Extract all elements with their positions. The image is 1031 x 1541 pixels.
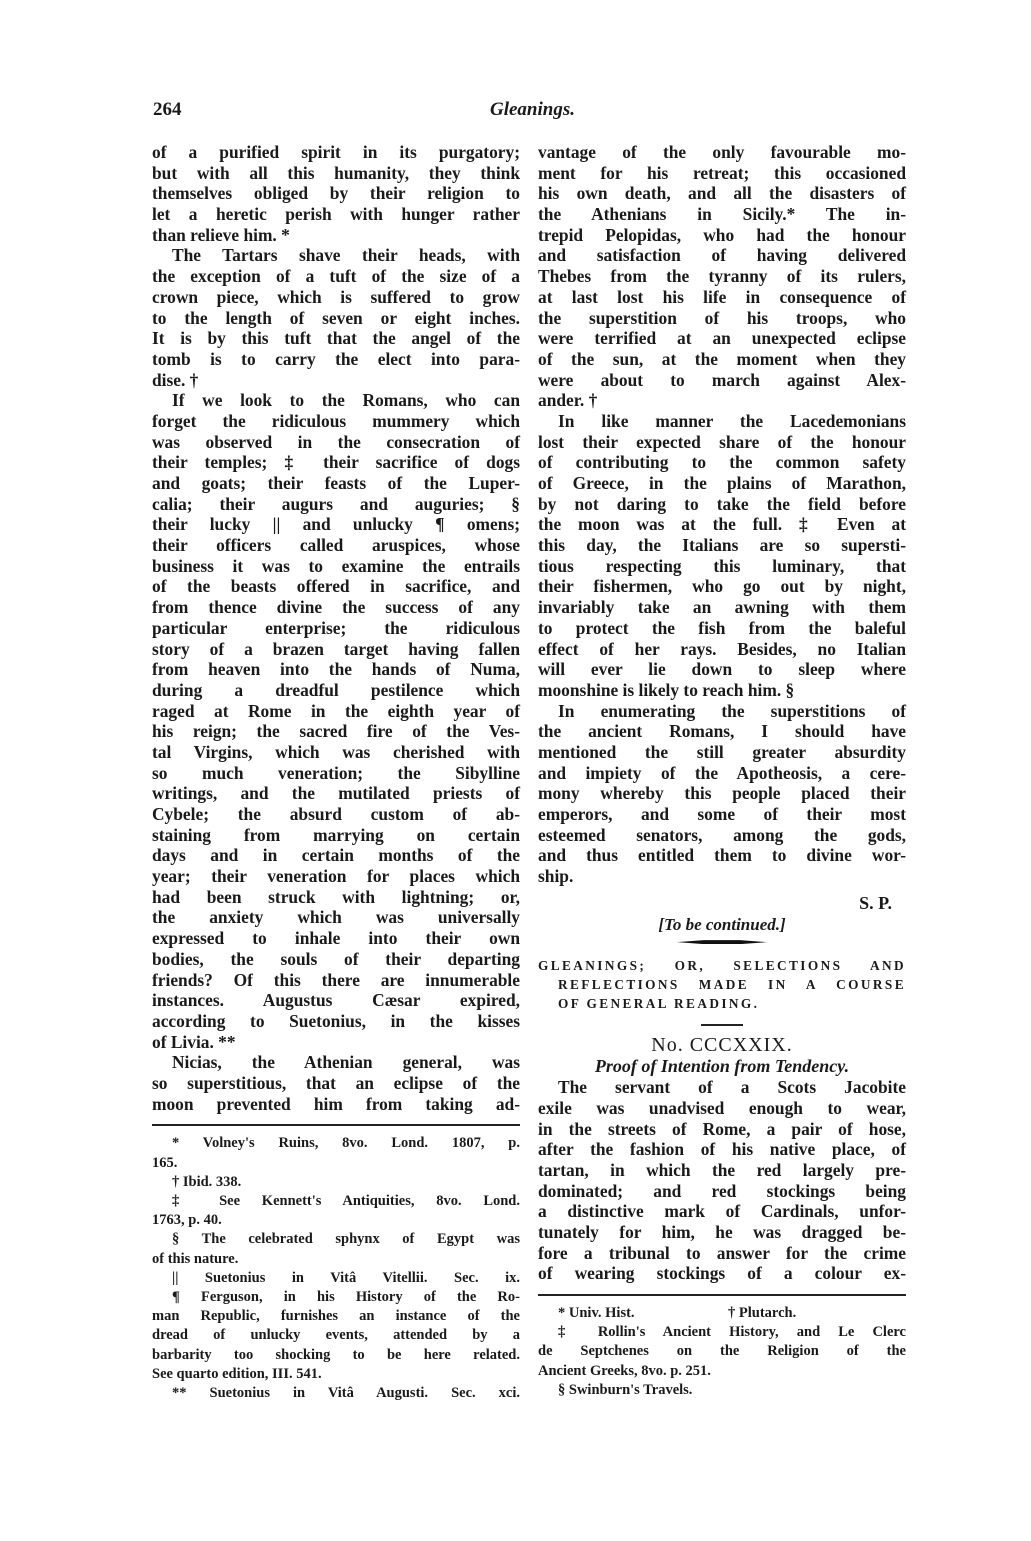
text-line: had been struck with lightning; or, (152, 887, 520, 908)
text-line: the anxiety which was universally (152, 907, 520, 928)
text-line: tomb is to carry the elect into para- (152, 349, 520, 370)
text-line: of the beasts offered in sacrifice, and (152, 576, 520, 597)
text-line: year; their veneration for places which (152, 866, 520, 887)
text-line: of wearing stockings of a colour ex- (538, 1263, 906, 1284)
footnote: 1763, p. 40. (152, 1211, 520, 1230)
text-line: and goats; their feasts of the Luper- (152, 473, 520, 494)
text-line: of Greece, in the plains of Marathon, (538, 473, 906, 494)
text-line: friends? Of this there are innumerable (152, 970, 520, 991)
text-line: story of a brazen target having fallen (152, 639, 520, 660)
footnotes-right: * Univ. Hist. † Plutarch. ‡ Rollin's Anc… (538, 1304, 906, 1400)
text-line: mentioned the still greater absurdity (538, 742, 906, 763)
text-line: and thus entitled them to divine wor- (538, 845, 906, 866)
footnotes-left: * Volney's Ruins, 8vo. Lond. 1807, p. 16… (152, 1134, 520, 1403)
footnote: man Republic, furnishes an instance of t… (152, 1307, 520, 1326)
to-be-continued: [To be continued.] (538, 915, 906, 936)
issue-number: No. CCCXXIX. (538, 1034, 906, 1056)
text-line: their lucky || and unlucky ¶ omens; (152, 514, 520, 535)
footnote: barbarity too shocking to be here relate… (152, 1346, 520, 1365)
text-line: their fishermen, who go out by night, (538, 576, 906, 597)
article-title: Proof of Intention from Tendency. (538, 1056, 906, 1077)
text-line: were terrified at an unexpected eclipse (538, 328, 906, 349)
text-line: by not daring to take the field before (538, 494, 906, 515)
footnote: § Swinburn's Travels. (538, 1381, 906, 1400)
footnote: || Suetonius in Vitâ Vitellii. Sec. ix. (152, 1269, 520, 1288)
text-line: tunately for him, he was dragged be- (538, 1222, 906, 1243)
text-line: instances. Augustus Cæsar expired, (152, 990, 520, 1011)
book-page: 264 Gleanings. of a purified spirit in i… (0, 0, 1031, 1541)
text-line: fore a tribunal to answer for the crime (538, 1243, 906, 1264)
text-line: in the streets of Rome, a pair of hose, (538, 1119, 906, 1140)
body-text: of a purified spirit in its purgatory; b… (152, 142, 520, 1114)
text-line: his own death, and all the disasters of (538, 183, 906, 204)
text-line: In like manner the Lacedemonians (538, 411, 906, 432)
body-text: vantage of the only favourable mo- ment … (538, 142, 906, 887)
text-line: If we look to the Romans, who can (152, 390, 520, 411)
text-line: the exception of a tuft of the size of a (152, 266, 520, 287)
text-line: moonshine is likely to reach him. § (538, 680, 906, 701)
heading-line: REFLECTIONS MADE IN A COURSE (538, 975, 906, 994)
text-line: of contributing to the common safety (538, 452, 906, 473)
footnote: ‡ Rollin's Ancient History, and Le Clerc (538, 1323, 906, 1342)
footnote: de Septchenes on the Religion of the (538, 1342, 906, 1361)
text-line: their officers called aruspices, whose (152, 535, 520, 556)
text-line: The servant of a Scots Jacobite (538, 1077, 906, 1098)
footnote: § The celebrated sphynx of Egypt was (152, 1230, 520, 1249)
text-line: emperors, and some of their most (538, 804, 906, 825)
text-line: the Athenians in Sicily.* The in- (538, 204, 906, 225)
text-line: Thebes from the tyranny of its rulers, (538, 266, 906, 287)
page-header: 264 Gleanings. (153, 99, 913, 129)
author-signature: S. P. (538, 893, 906, 914)
right-column: vantage of the only favourable mo- ment … (538, 142, 906, 1400)
footnote: of this nature. (152, 1250, 520, 1269)
text-line: days and in certain months of the (152, 845, 520, 866)
text-line: ship. (538, 866, 906, 887)
text-line: to protect the fish from the baleful (538, 618, 906, 639)
section-heading: GLEANINGS; OR, SELECTIONS AND REFLECTION… (538, 956, 906, 1013)
text-line: bodies, the souls of their departing (152, 949, 520, 970)
text-line: from heaven into the hands of Numa, (152, 659, 520, 680)
page-number: 264 (153, 99, 182, 121)
text-line: Cybele; the absurd custom of ab- (152, 804, 520, 825)
text-line: themselves obliged by their religion to (152, 183, 520, 204)
text-line: tal Virgins, which was cherished with (152, 742, 520, 763)
text-line: and impiety of the Apotheosis, a cere- (538, 763, 906, 784)
text-line: to the length of seven or eight inches. (152, 308, 520, 329)
text-line: ment for his retreat; this occasioned (538, 163, 906, 184)
text-line: dominated; and red stockings being (538, 1181, 906, 1202)
footnote-divider (152, 1124, 520, 1126)
footnote: dread of unlucky events, attended by a (152, 1326, 520, 1345)
footnote: † Plutarch. (728, 1304, 796, 1323)
text-line: It is by this tuft that the angel of the (152, 328, 520, 349)
text-line: lost their expected share of the honour (538, 432, 906, 453)
text-line: staining from marrying on certain (152, 825, 520, 846)
text-line: after the fashion of his native place, o… (538, 1139, 906, 1160)
text-line: so much veneration; the Sibylline (152, 763, 520, 784)
text-line: business it was to examine the entrails (152, 556, 520, 577)
text-line: was observed in the consecration of (152, 432, 520, 453)
heading-line: OF GENERAL READING. (538, 994, 906, 1013)
text-line: effect of her rays. Besides, no Italian (538, 639, 906, 660)
text-line: let a heretic perish with hunger rather (152, 204, 520, 225)
text-line: his reign; the sacred fire of the Ves- (152, 721, 520, 742)
text-line: this day, the Italians are so supersti- (538, 535, 906, 556)
footnote: ** Suetonius in Vitâ Augusti. Sec. xci. (152, 1384, 520, 1403)
text-line: calia; their augurs and auguries; § (152, 494, 520, 515)
text-line: crown piece, which is suffered to grow (152, 287, 520, 308)
text-line: raged at Rome in the eighth year of (152, 701, 520, 722)
text-line: Nicias, the Athenian general, was (152, 1052, 520, 1073)
text-line: during a dreadful pestilence which (152, 680, 520, 701)
text-line: the moon was at the full. ‡ Even at (538, 514, 906, 535)
text-line: of the sun, at the moment when they (538, 349, 906, 370)
text-line: their temples; ‡ their sacrifice of dogs (152, 452, 520, 473)
footnote: ¶ Ferguson, in his History of the Ro- (152, 1288, 520, 1307)
heading-line: GLEANINGS; OR, SELECTIONS AND (538, 956, 906, 975)
text-line: exile was unadvised enough to wear, (538, 1098, 906, 1119)
footnote: * Univ. Hist. (538, 1304, 728, 1323)
text-line: forget the ridiculous mummery which (152, 411, 520, 432)
footnote-row: * Univ. Hist. † Plutarch. (538, 1304, 906, 1323)
text-line: ander. † (538, 390, 906, 411)
text-line: but with all this humanity, they think (152, 163, 520, 184)
text-line: so superstitious, that an eclipse of the (152, 1073, 520, 1094)
short-divider (701, 1024, 743, 1026)
text-line: were about to march against Alex- (538, 370, 906, 391)
footnote: ‡ See Kennett's Antiquities, 8vo. Lond. (152, 1192, 520, 1211)
text-line: and satisfaction of having delivered (538, 245, 906, 266)
text-line: particular enterprise; the ridiculous (152, 618, 520, 639)
text-line: tartan, in which the red largely pre- (538, 1160, 906, 1181)
text-line: moon prevented him from taking ad- (152, 1094, 520, 1115)
text-line: vantage of the only favourable mo- (538, 142, 906, 163)
text-line: the ancient Romans, I should have (538, 721, 906, 742)
text-line: the superstition of his troops, who (538, 308, 906, 329)
text-line: The Tartars shave their heads, with (152, 245, 520, 266)
footnote: * Volney's Ruins, 8vo. Lond. 1807, p. (152, 1134, 520, 1153)
text-line: will ever lie down to sleep where (538, 659, 906, 680)
ornamental-rule-icon (677, 938, 767, 946)
text-line: writings, and the mutilated priests of (152, 783, 520, 804)
text-line: esteemed senators, among the gods, (538, 825, 906, 846)
text-line: mony whereby this people placed their (538, 783, 906, 804)
text-line: trepid Pelopidas, who had the honour (538, 225, 906, 246)
text-line: of a purified spirit in its purgatory; (152, 142, 520, 163)
footnote-divider (538, 1294, 906, 1296)
text-line: In enumerating the superstitions of (538, 701, 906, 722)
footnote: See quarto edition, III. 541. (152, 1365, 520, 1384)
running-head: Gleanings. (490, 99, 575, 121)
left-column: of a purified spirit in its purgatory; b… (152, 142, 520, 1403)
text-line: dise. † (152, 370, 520, 391)
text-line: a distinctive mark of Cardinals, unfor- (538, 1201, 906, 1222)
text-line: tious respecting this luminary, that (538, 556, 906, 577)
text-line: of Livia. ** (152, 1032, 520, 1053)
article-body: The servant of a Scots Jacobite exile wa… (538, 1077, 906, 1284)
text-line: than relieve him. * (152, 225, 520, 246)
text-line: expressed to inhale into their own (152, 928, 520, 949)
footnote: 165. (152, 1154, 520, 1173)
text-line: invariably take an awning with them (538, 597, 906, 618)
footnote: † Ibid. 338. (152, 1173, 520, 1192)
text-line: at last lost his life in consequence of (538, 287, 906, 308)
footnote: Ancient Greeks, 8vo. p. 251. (538, 1362, 906, 1381)
text-line: according to Suetonius, in the kisses (152, 1011, 520, 1032)
text-line: from thence divine the success of any (152, 597, 520, 618)
